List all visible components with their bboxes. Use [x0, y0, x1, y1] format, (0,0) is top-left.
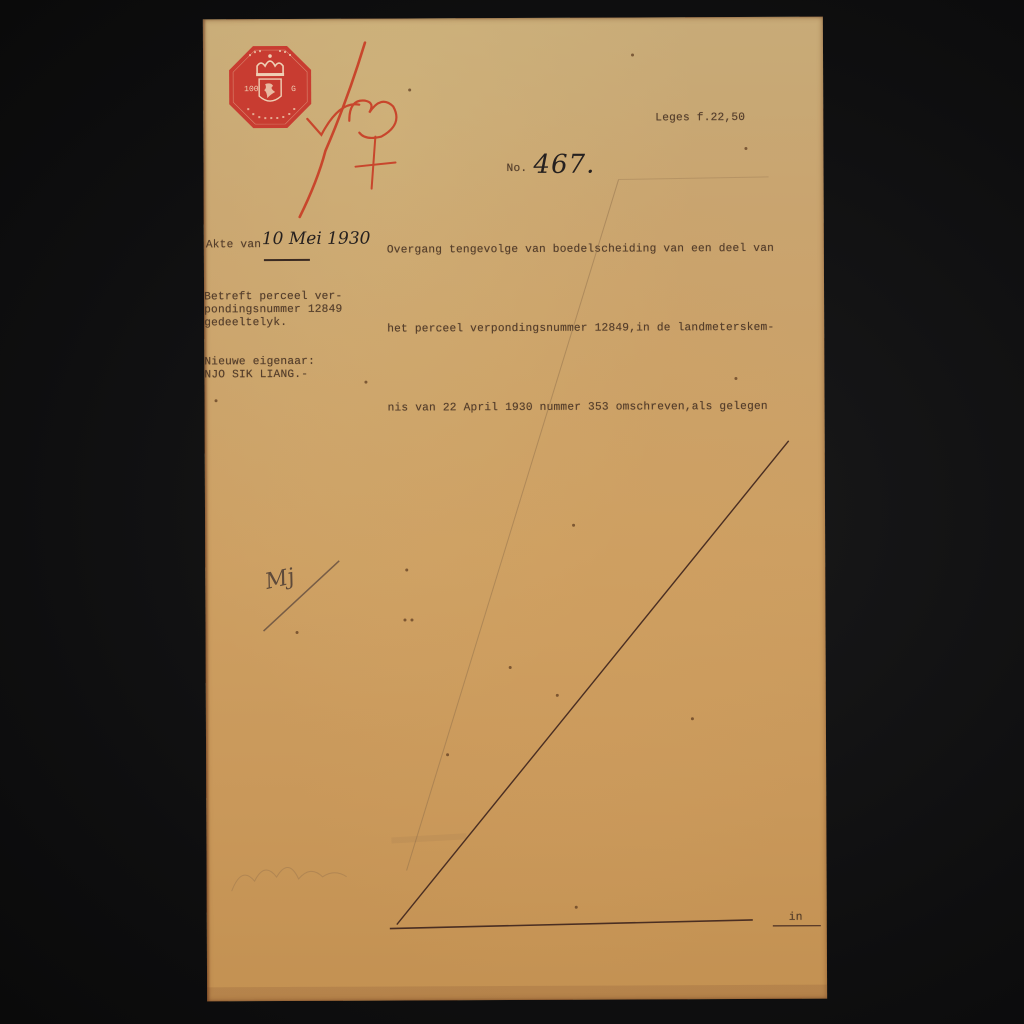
svg-text:100: 100 — [244, 85, 259, 94]
speck — [364, 381, 367, 384]
body-line-3: nis van 22 April 1930 nummer 353 omschre… — [388, 401, 768, 416]
pencil-line-top — [619, 177, 769, 180]
faint-signature — [232, 867, 347, 891]
speck — [296, 631, 299, 634]
speck — [446, 753, 449, 756]
ink-baseline — [390, 920, 753, 929]
speck — [410, 618, 413, 621]
body-line-2: het perceel verpondingsnummer 12849,in d… — [387, 322, 774, 337]
red-pencil-check-mark-icon — [295, 40, 406, 220]
body-line-1: Overgang tengevolge van boedelscheiding … — [387, 243, 774, 258]
document-page: 100 G Leges f.22,50 No. 467. Akte van 10… — [203, 17, 827, 1002]
trailing-word: in — [789, 912, 803, 925]
speck — [556, 694, 559, 697]
deed-date-underline — [264, 259, 310, 261]
speck — [575, 906, 578, 909]
speck — [744, 147, 747, 150]
new-owner-label: Nieuwe eigenaar: — [204, 356, 315, 369]
speck — [408, 88, 411, 91]
speck — [403, 618, 406, 621]
document-number: 467. — [533, 150, 595, 180]
fee-label: Leges f.22,50 — [655, 112, 745, 125]
deed-date: 10 Mei 1930 — [262, 229, 371, 249]
document-number-prefix: No. — [506, 163, 527, 176]
deed-label: Akte van — [206, 239, 261, 252]
ink-diagonal-line — [395, 441, 791, 925]
regarding-line-3: gedeeltelyk. — [204, 317, 287, 330]
pencil-line-diagonal — [404, 180, 622, 871]
new-owner-name: NJO SIK LIANG.- — [204, 369, 308, 382]
speck — [691, 717, 694, 720]
handwritten-initials: Mj — [263, 564, 297, 595]
speck — [572, 524, 575, 527]
speck — [509, 666, 512, 669]
regarding-line-2: pondingsnummer 12849 — [204, 304, 342, 318]
speck — [631, 53, 634, 56]
speck — [215, 399, 218, 402]
speck — [734, 377, 737, 380]
speck — [405, 568, 408, 571]
regarding-line-1: Betreft perceel ver- — [204, 291, 342, 305]
